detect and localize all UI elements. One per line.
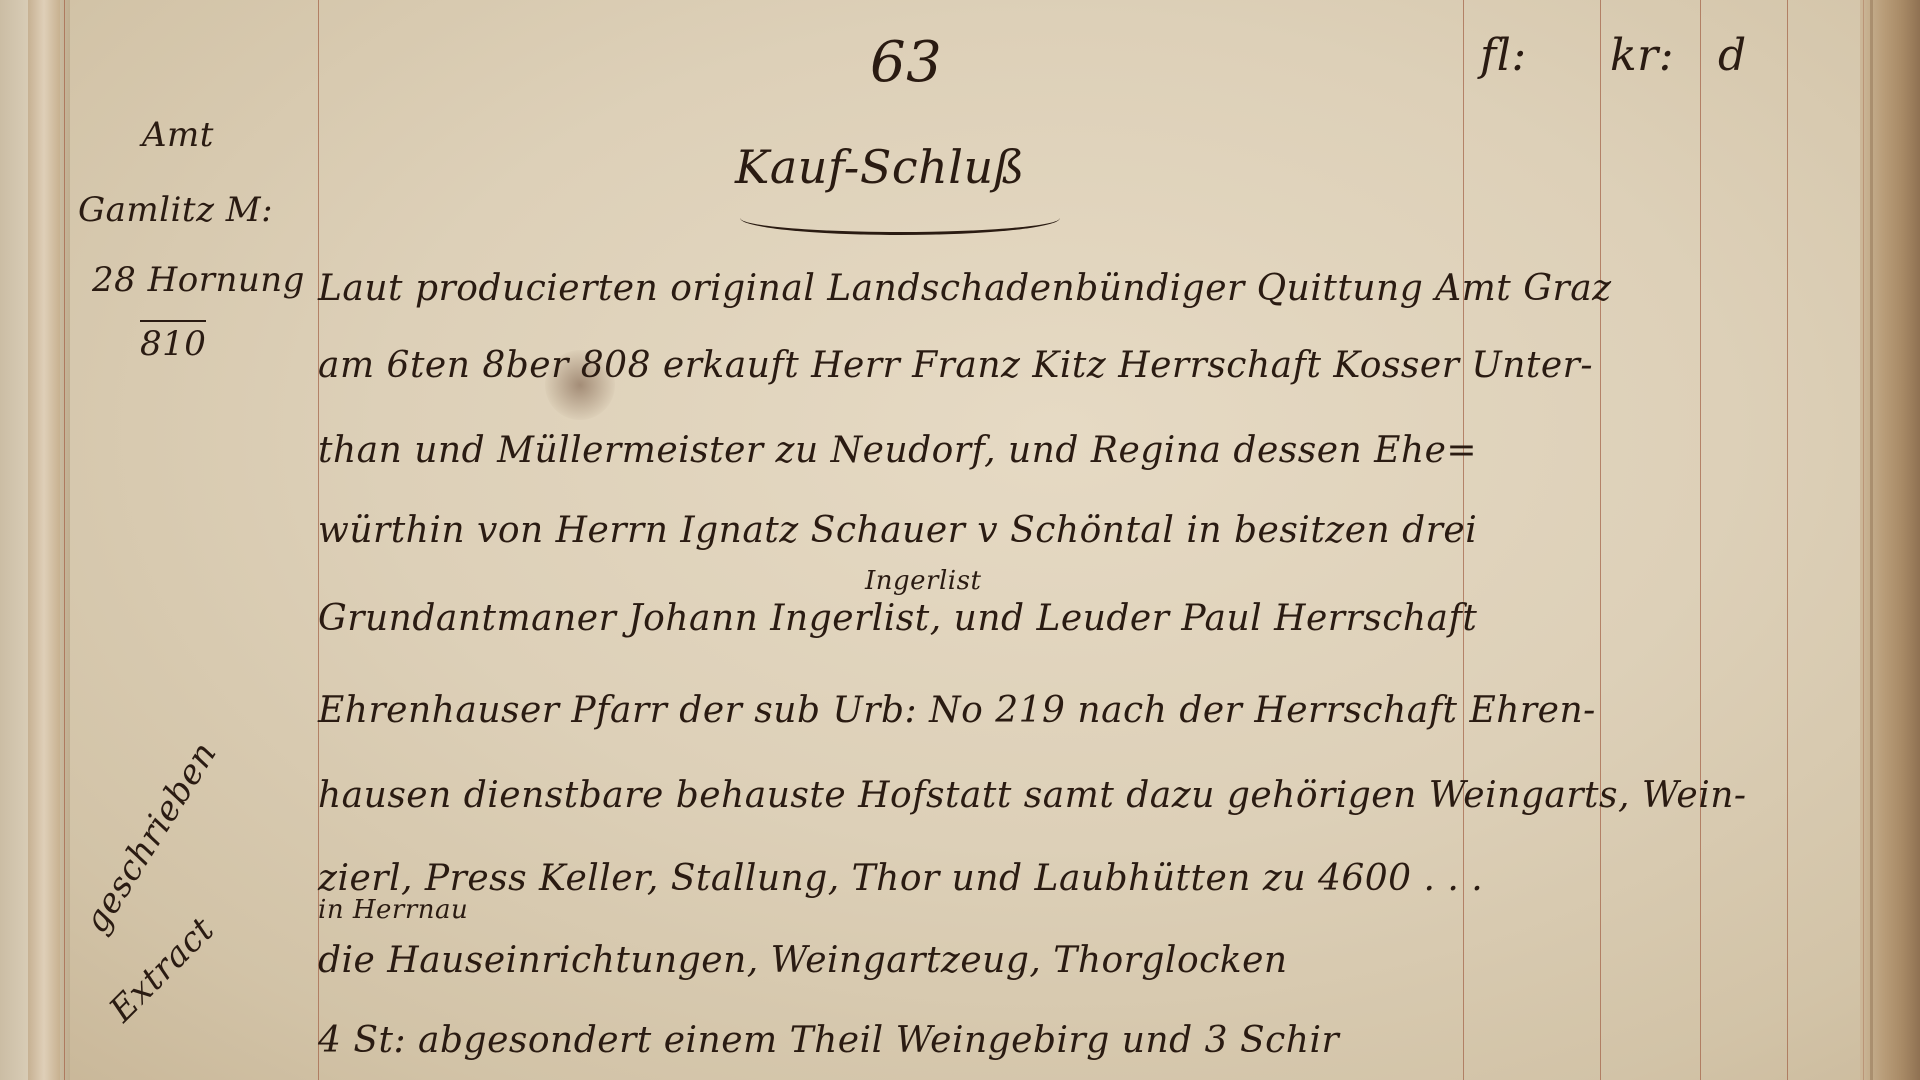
margin-note-date: 28 Hornung [92,260,305,300]
ruling-line-kr [1600,0,1601,1080]
body-line-3: than und Müllermeister zu Neudorf, und R… [318,430,1477,471]
body-line-9: die Hauseinrichtungen, Weingartzeug, Tho… [318,940,1288,981]
margin-note-written: geschrieben [76,735,225,940]
ruling-line-outer [1863,0,1864,1080]
body-line-8-insert: in Herrnau [318,895,468,925]
margin-note-extract: Extract [102,910,222,1030]
body-line-8: zierl, Press Keller, Stallung, Thor und … [318,858,1483,899]
column-header-kr: kr: [1610,30,1674,81]
margin-note-place: Gamlitz M: [78,190,273,230]
heading-underline-flourish [740,218,1060,235]
ruling-line-d [1700,0,1701,1080]
body-line-2: am 6ten 8ber 808 erkauft Herr Franz Kitz… [318,345,1593,386]
interlinear-insert: Ingerlist [865,566,981,596]
body-line-10: 4 St: abgesondert einem Theil Weingebirg… [318,1020,1339,1061]
ruling-line-right [1787,0,1788,1080]
body-line-4: würthin von Herrn Ignatz Schauer v Schön… [318,510,1477,551]
page-number: 63 [870,30,942,95]
page-heading: Kauf-Schluß [735,140,1025,194]
page-edge-right [1860,0,1920,1080]
body-line-5: Grundantmaner Johann Ingerlist, und Leud… [318,598,1477,639]
gutter-binding-edge [28,0,60,1080]
margin-note-office: Amt [142,115,214,155]
margin-note-year: 810 [140,320,206,364]
body-line-6: Ehrenhauser Pfarr der sub Urb: No 219 na… [318,690,1596,731]
ruling-line-margin-left [64,0,65,1080]
ledger-page: 63 Kauf-Schluß fl: kr: d Amt Gamlitz M: … [0,0,1920,1080]
body-line-1: Laut producierten original Landschadenbü… [318,268,1612,309]
body-line-7: hausen dienstbare behauste Hofstatt samt… [318,775,1747,816]
column-header-fl: fl: [1480,30,1527,81]
column-header-d: d [1718,30,1747,81]
